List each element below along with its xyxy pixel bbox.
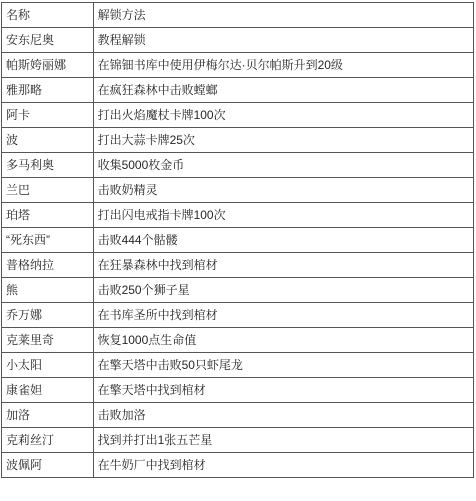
unlock-method-cell: 击败加洛 (93, 403, 473, 428)
unlock-method-cell: 打出大蒜卡牌25次 (93, 128, 473, 153)
unlock-method-cell: 教程解锁 (93, 28, 473, 53)
table-row: “死东西” 击败444个骷髅 (2, 228, 474, 253)
table-row: 加洛 击败加洛 (2, 403, 474, 428)
character-name-cell: 小太阳 (2, 353, 94, 378)
table-row: 克莉丝汀 找到并打出1张五芒星 (2, 428, 474, 453)
character-name-cell: 乔万娜 (2, 303, 94, 328)
character-name-cell: 多马利奥 (2, 153, 94, 178)
table-row: 康雀妲 在擎天塔中找到棺材 (2, 378, 474, 403)
character-name-cell: 帕斯姱丽娜 (2, 53, 94, 78)
character-name-cell: 克莱里奇 (2, 328, 94, 353)
table-row: 珀塔 打出闪电戒指卡牌100次 (2, 203, 474, 228)
unlock-method-cell: 在擎天塔中找到棺材 (93, 378, 473, 403)
unlock-method-cell: 收集5000枚金币 (93, 153, 473, 178)
table-row: 帕斯姱丽娜 在锦钿书库中使用伊梅尔达·贝尔帕斯升到20级 (2, 53, 474, 78)
character-name-cell: 康雀妲 (2, 378, 94, 403)
unlock-method-cell: 打出火焰魔杖卡牌100次 (93, 103, 473, 128)
unlock-method-cell: 找到并打出1张五芒星 (93, 428, 473, 453)
table-header-row: 名称 解锁方法 (2, 3, 474, 28)
table-row: 小太阳 在擎天塔中击败50只虾尾龙 (2, 353, 474, 378)
character-name-cell: 熊 (2, 278, 94, 303)
table-row: 普格纳拉 在狂暴森林中找到棺材 (2, 253, 474, 278)
table-row: 雅那略 在疯狂森林中击败螳螂 (2, 78, 474, 103)
table-row: 兰巴 击败奶精灵 (2, 178, 474, 203)
table-row: 波 打出大蒜卡牌25次 (2, 128, 474, 153)
character-name-cell: 兰巴 (2, 178, 94, 203)
table-row: 熊 击败250个狮子星 (2, 278, 474, 303)
character-name-cell: 雅那略 (2, 78, 94, 103)
character-name-cell: 阿卡 (2, 103, 94, 128)
unlock-method-cell: 在疯狂森林中击败螳螂 (93, 78, 473, 103)
table-row: 多马利奥 收集5000枚金币 (2, 153, 474, 178)
unlock-method-cell: 在锦钿书库中使用伊梅尔达·贝尔帕斯升到20级 (93, 53, 473, 78)
column-header-unlock-method: 解锁方法 (93, 3, 473, 28)
character-name-cell: 普格纳拉 (2, 253, 94, 278)
unlock-method-cell: 在狂暴森林中找到棺材 (93, 253, 473, 278)
character-name-cell: 加洛 (2, 403, 94, 428)
character-unlock-table: 名称 解锁方法 安东尼奥 教程解锁 帕斯姱丽娜 在锦钿书库中使用伊梅尔达·贝尔帕… (1, 2, 474, 478)
table-row: 波佩阿 在牛奶厂中找到棺材 (2, 453, 474, 478)
unlock-method-cell: 在书库圣所中找到棺材 (93, 303, 473, 328)
character-name-cell: 克莉丝汀 (2, 428, 94, 453)
character-name-cell: 波佩阿 (2, 453, 94, 478)
table-row: 安东尼奥 教程解锁 (2, 28, 474, 53)
unlock-method-cell: 击败444个骷髅 (93, 228, 473, 253)
unlock-method-cell: 在牛奶厂中找到棺材 (93, 453, 473, 478)
unlock-method-cell: 恢复1000点生命值 (93, 328, 473, 353)
table-body: 安东尼奥 教程解锁 帕斯姱丽娜 在锦钿书库中使用伊梅尔达·贝尔帕斯升到20级 雅… (2, 28, 474, 478)
unlock-method-cell: 击败奶精灵 (93, 178, 473, 203)
character-name-cell: 珀塔 (2, 203, 94, 228)
table-row: 克莱里奇 恢复1000点生命值 (2, 328, 474, 353)
unlock-method-cell: 击败250个狮子星 (93, 278, 473, 303)
table-row: 乔万娜 在书库圣所中找到棺材 (2, 303, 474, 328)
column-header-name: 名称 (2, 3, 94, 28)
character-name-cell: 安东尼奥 (2, 28, 94, 53)
table-row: 阿卡 打出火焰魔杖卡牌100次 (2, 103, 474, 128)
unlock-method-cell: 打出闪电戒指卡牌100次 (93, 203, 473, 228)
page: 名称 解锁方法 安东尼奥 教程解锁 帕斯姱丽娜 在锦钿书库中使用伊梅尔达·贝尔帕… (0, 0, 476, 501)
character-name-cell: “死东西” (2, 228, 94, 253)
unlock-method-cell: 在擎天塔中击败50只虾尾龙 (93, 353, 473, 378)
character-name-cell: 波 (2, 128, 94, 153)
